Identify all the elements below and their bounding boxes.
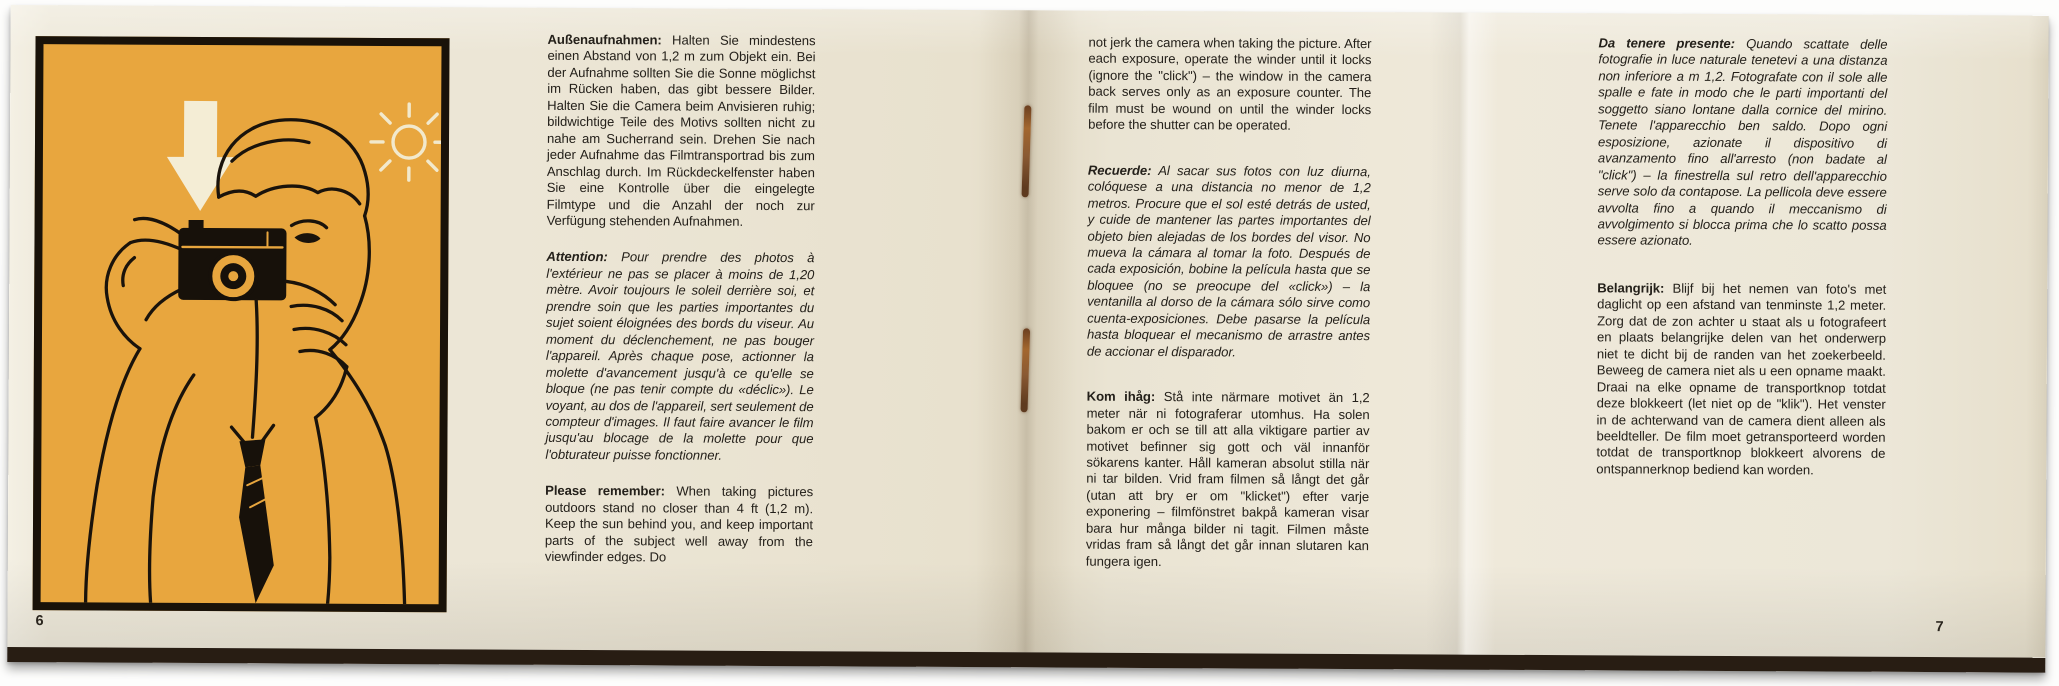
staple-icon [1022,105,1032,197]
sun-icon [371,104,441,180]
paragraph-dutch: Belangrijk: Blijf bij het nemen van foto… [1596,280,1886,479]
paragraph-german: Außenaufnahmen: Halten Sie mindestens ei… [547,32,816,231]
text-column-2: not jerk the camera when taking the pict… [1086,35,1372,601]
illustration-man [86,119,408,604]
paragraph-heading-dutch: Belangrijk: [1597,280,1664,295]
booklet-page-spread: 6 Außenaufnahmen: Halten Sie mindestens … [7,5,2048,673]
page-number-right: 7 [1935,619,1943,635]
illustration-frame [33,36,450,612]
camera-man-illustration [41,44,442,604]
paragraph-french: Attention: Pour prendre des photos à l'e… [545,249,814,464]
paragraph-heading-swedish: Kom ihåg: [1087,389,1156,404]
paragraph-body-english-part2: not jerk the camera when taking the pict… [1088,35,1372,133]
paragraph-italian: Da tenere presente: Quando scattate dell… [1597,35,1887,250]
paragraph-body-french: Pour prendre des photos à l'extérieur ne… [545,250,814,463]
paragraph-swedish: Kom ihåg: Stå inte närmare motivet än 1,… [1086,389,1370,571]
illustration-camera [178,220,286,301]
page-number-left: 6 [35,613,43,629]
paragraph-body-dutch: Blijf bij het nemen van foto's met dagli… [1596,281,1886,478]
staple-icon [1021,328,1031,412]
paragraph-heading-german: Außenaufnahmen: [548,32,662,48]
paragraph-body-spanish: Al sacar sus fotos con luz diurna, colóq… [1087,163,1371,359]
paragraph-body-swedish: Stå inte närmare motivet än 1,2 meter nä… [1086,389,1370,569]
paragraph-english-part2: not jerk the camera when taking the pict… [1088,35,1372,135]
paragraph-body-german: Halten Sie mindestens einen Abstand von … [547,32,816,228]
page-curl-crease [1425,12,1498,654]
paragraph-heading-spanish: Recuerde: [1088,162,1152,177]
paragraph-heading-french: Attention: [546,249,607,264]
paragraph-heading-english: Please remember: [545,483,665,499]
paragraph-heading-italian: Da tenere presente: [1599,35,1735,51]
paragraph-english-part1: Please remember: When taking pictures ou… [545,483,813,567]
paragraph-spanish: Recuerde: Al sacar sus fotos con luz diu… [1087,162,1371,361]
text-column-3: Da tenere presente: Quando scattate dell… [1596,35,1887,510]
paragraph-body-italian: Quando scattate delle fotografie in luce… [1597,36,1887,248]
text-column-1: Außenaufnahmen: Halten Sie mindestens ei… [545,32,816,587]
